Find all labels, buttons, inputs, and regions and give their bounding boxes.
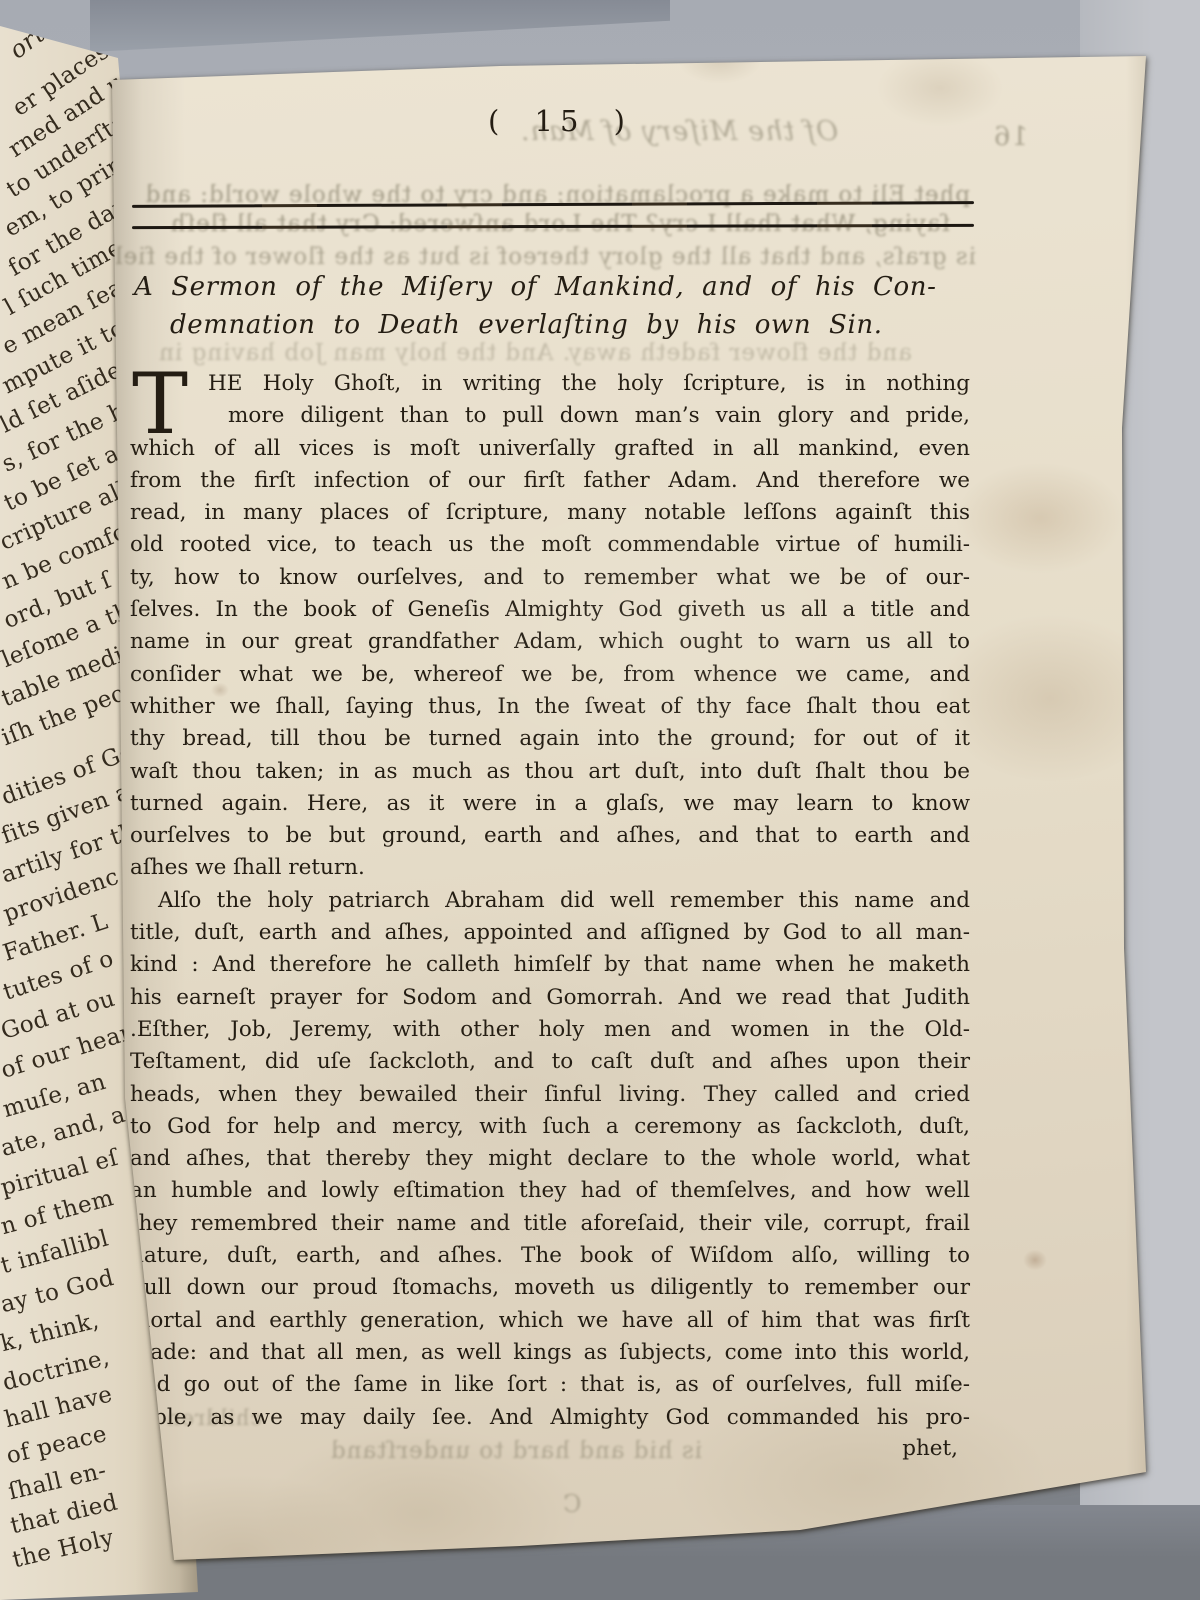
body-line: turned again. Here, as it were in a glaſ…	[130, 788, 970, 820]
body-line: waſt thou taken; in as much as thou art …	[130, 756, 970, 788]
body-line: and go out of the ſame in like ſort : th…	[130, 1369, 970, 1401]
body-line: title, duſt, earth and aſhes, appointed …	[130, 917, 970, 949]
body-line: HE Holy Ghoſt, in writing the holy ſcrip…	[130, 368, 970, 400]
body-line: from the firſt infection of our firſt fa…	[130, 465, 970, 497]
sermon-title-line-1: A Sermon of the Miſery of Mankind, and o…	[134, 268, 990, 306]
body-line: name in our great grandfather Adam, whic…	[130, 626, 970, 658]
body-line: thy bread, till thou be turned again int…	[130, 723, 970, 755]
body-line: his earneſt prayer for Sodom and Gomorra…	[130, 982, 970, 1014]
body-line: which of all vices is moſt univerſally g…	[130, 433, 970, 465]
body-line: to God for help and mercy, with ſuch a c…	[130, 1111, 970, 1143]
body-line: whither we ſhall, ſaying thus, In the ſw…	[130, 691, 970, 723]
show-through-fragment: is graſs, and that all the glory thereof…	[138, 244, 976, 270]
body-line: Teſtament, did uſe ſackcloth, and to caſ…	[130, 1046, 970, 1078]
body-line: nature, duſt, earth, and aſhes. The book…	[130, 1240, 970, 1272]
catchword: phet,	[130, 1436, 958, 1461]
body-line: ty, how to know ourſelves, and to rememb…	[130, 562, 970, 594]
body-line: pull down our proud ſtomachs, moveth us …	[130, 1272, 970, 1304]
book-page-wrapper: 16Of the Miſery of Man.phet Eli to make …	[100, 48, 1160, 1578]
body-line: made: and that all men, as well kings as…	[130, 1337, 970, 1369]
body-line: aſhes we ſhall return.	[130, 852, 970, 884]
body-line: kind : And therefore he calleth himſelf …	[130, 949, 970, 981]
book-photograph: ortationer places is ſprned and unleto u…	[0, 0, 1200, 1600]
body-line: more diligent than to pull down man’s va…	[130, 400, 970, 432]
body-line: heads, when they bewailed their ſinful l…	[130, 1079, 970, 1111]
body-line: mortal and earthly generation, which we …	[130, 1305, 970, 1337]
body-line: ſelves. In the book of Geneſis Almighty …	[130, 594, 970, 626]
sermon-title-line-2: demnation to Death everlaſting by his ow…	[134, 306, 990, 344]
page-number: ( 15 )	[100, 104, 1020, 138]
body-line: rable, as we may daily ſee. And Almighty…	[130, 1402, 970, 1434]
book-page: 16Of the Miſery of Man.phet Eli to make …	[100, 48, 1160, 1578]
body-line: read, in many places of ſcripture, many …	[130, 497, 970, 529]
body-line: ourſelves to be but ground, earth and aſ…	[130, 820, 970, 852]
body-line: .Eſther, Job, Jeremy, with other holy me…	[130, 1014, 970, 1046]
body-line: they remembred their name and title afor…	[130, 1208, 970, 1240]
body-line: Alſo the holy patriarch Abraham did well…	[130, 885, 970, 917]
sermon-title: A Sermon of the Miſery of Mankind, and o…	[134, 268, 990, 344]
sermon-body-text: HE Holy Ghoſt, in writing the holy ſcrip…	[130, 368, 970, 1434]
show-through-fragment: C	[562, 1490, 581, 1518]
body-line: and aſhes, that thereby they might decla…	[130, 1143, 970, 1175]
body-line: an humble and lowly eſtimation they had …	[130, 1175, 970, 1207]
body-line: conſider what we be, whereof we be, from…	[130, 659, 970, 691]
body-line: old rooted vice, to teach us the moſt co…	[130, 529, 970, 561]
